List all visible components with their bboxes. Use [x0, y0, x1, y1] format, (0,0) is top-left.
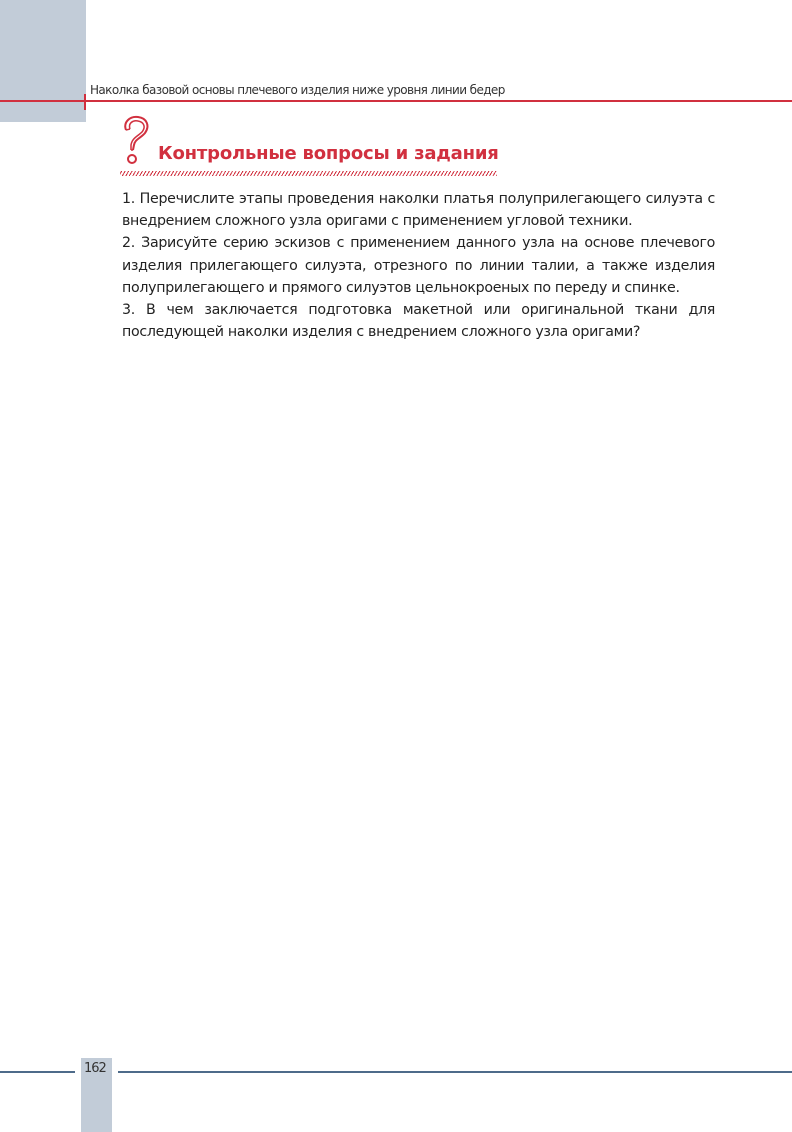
question-item: 2. Зарисуйте серию эскизов с применением…	[122, 232, 715, 299]
questions-list: 1. Перечислите этапы проведения наколки …	[122, 188, 715, 343]
header-color-block	[0, 0, 86, 122]
running-header-title: Наколка базовой основы плечевого изделия…	[90, 83, 505, 97]
question-mark-icon	[120, 114, 152, 166]
header-rule-tick	[84, 94, 86, 110]
question-item: 1. Перечислите этапы проведения наколки …	[122, 188, 715, 232]
question-item: 3. В чем заключается подготовка макетной…	[122, 299, 715, 343]
header-rule	[0, 100, 792, 102]
footer-rule-right	[118, 1071, 792, 1073]
section-title: Контрольные вопросы и задания	[158, 143, 499, 164]
footer-rule-left	[0, 1071, 75, 1073]
title-underline-hatch	[120, 171, 497, 176]
page-number: 162	[84, 1061, 106, 1076]
